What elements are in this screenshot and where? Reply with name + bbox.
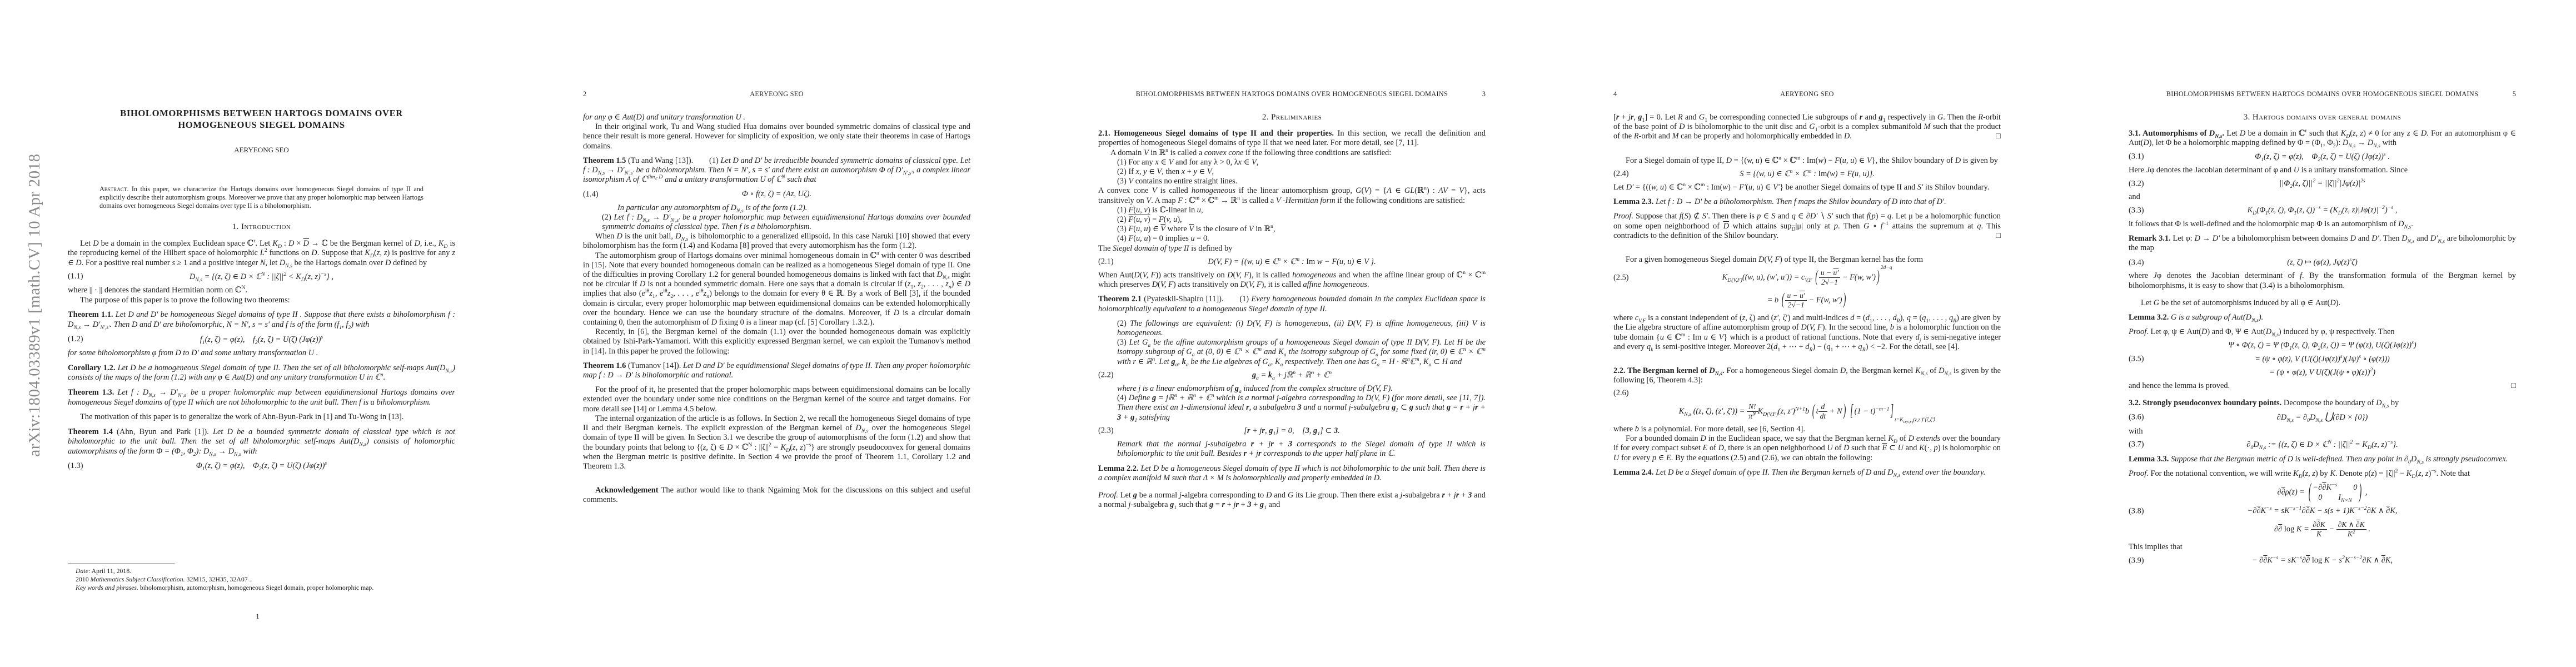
page-content: BIHOLOMORPHISMS BETWEEN HARTOGS DOMAINS … [1098, 0, 1486, 510]
section-heading: 3. Hartogs domains over general domains [2129, 113, 2516, 122]
page-3: BIHOLOMORPHISMS BETWEEN HARTOGS DOMAINS … [1030, 0, 1546, 667]
list-item: (4) F(u, u) = 0 implies u = 0. [1117, 234, 1486, 243]
equation-number: (2.2) [1098, 371, 1114, 380]
section-heading: 1. Introduction [68, 222, 455, 232]
equation-content: ga = ka + jℝn + ℝn + ℂn [1252, 371, 1332, 380]
paragraph: for some biholomorphism φ from D to D′ a… [68, 349, 455, 359]
equation: ∂∂ log K = ∂∂KK − ∂K ∧ ∂KK2 . [2129, 520, 2516, 539]
equation: KN,s ((z, ζ), (z′, ζ′)) = N!πNKD(V,F)(z,… [1613, 402, 2001, 421]
running-header-left [2129, 90, 2142, 98]
equation-content: KD(V,F)((w, u), (w′, u′)) = cV,F (u − u′… [1722, 268, 1892, 287]
equation-content: −∂∂K−s = sK−s−1∂∂K − s(s + 1)K−s−2∂K ∧ ∂… [2248, 506, 2398, 516]
running-header: BIHOLOMORPHISMS BETWEEN HARTOGS DOMAINS … [2129, 90, 2516, 98]
equation-number: (3.2) [2129, 179, 2144, 188]
running-header: 4AERYEONG SEO [1613, 90, 2001, 98]
running-header-left: 4 [1613, 90, 1627, 98]
equation: (3.5)= (ψ ∘ φ(z), V (U(ζ)(Jφ(z))s)(Jψ)s … [2129, 355, 2516, 364]
paragraph: When Aut(D(V, F)) acts transitively on D… [1098, 271, 1486, 290]
equation-number: (3.8) [2129, 506, 2144, 516]
running-header-left [1098, 90, 1112, 98]
theorem: Lemma 2.4. Let D be a Siegel domain of t… [1613, 468, 2001, 477]
paragraph: Here Jφ denotes the Jacobian determinant… [2129, 166, 2516, 175]
theorem: Theorem 1.5 (Tu and Wang [13]). (1) Let … [583, 156, 970, 185]
equation: (1.3)Φ1(z, ζ) = φ(z), Φ2(z, ζ) = U(ζ) (J… [68, 461, 455, 471]
running-header-page-number: 5 [2503, 90, 2516, 98]
theorem: Remark 3.1. Let φ: D → D′ be a biholomor… [2129, 234, 2516, 253]
paragraph: The Siegel domain of type II is defined … [1098, 244, 1486, 253]
equation-number: (3.4) [2129, 258, 2144, 267]
page-content: BIHOLOMORPHISMS BETWEEN HARTOGS DOMAINS … [68, 0, 455, 475]
footnote-line: Date: April 11, 2018. [68, 567, 455, 575]
equation-number: (1.4) [583, 190, 599, 199]
list-item: (2) The followings are equivalent: (i) D… [1117, 319, 1486, 338]
paragraph: When D is the unit ball, DN,s is biholom… [583, 232, 970, 251]
paper-title: BIHOLOMORPHISMS BETWEEN HARTOGS DOMAINS … [68, 107, 455, 131]
equation: ∂∂ρ(z) = (−∂∂K−s 00 IN×N) , [2129, 482, 2516, 502]
equation: (3.8)−∂∂K−s = sK−s−1∂∂K − s(s + 1)K−s−2∂… [2129, 506, 2516, 516]
equation-content: D(V, F) = {(w, u) ∈ ℂn × ℂm : Im w − F(u… [1208, 257, 1376, 267]
page-content: BIHOLOMORPHISMS BETWEEN HARTOGS DOMAINS … [2129, 0, 2516, 570]
paragraph: it follows that Φ is well-defined and th… [2129, 220, 2516, 229]
equation: (1.1)DN,s = {(z, ζ) ∈ D × ℂN : ||ζ||2 < … [68, 272, 455, 282]
list-item: (4) Define g = jℝn + ℝn + ℂn which is a … [1117, 394, 1486, 422]
running-header-page-number [957, 90, 970, 98]
running-header-title: BIHOLOMORPHISMS BETWEEN HARTOGS DOMAINS … [2142, 90, 2503, 98]
theorem: Lemma 3.3. Suppose that the Bergman metr… [2129, 455, 2516, 464]
theorem: Lemma 3.2. G is a subgroup of Aut(DN,s). [2129, 313, 2516, 322]
paragraph: Proof. Let φ, ψ ∈ Aut(D) and Φ, Ψ ∈ Aut(… [2129, 327, 2516, 337]
equation: (3.6)∂DN,s = ∂0DN,s ⋃(∂D × {0}) [2129, 412, 2516, 422]
paragraph: The automorphism group of Hartogs domain… [583, 251, 970, 328]
paragraph: and [2129, 192, 2516, 202]
theorem: Theorem 1.4 (Ahn, Byun and Park [1]). Le… [68, 427, 455, 457]
page-4: 4AERYEONG SEO[r + jr, g1] = 0. Let R and… [1546, 0, 2061, 667]
running-header-title: AERYEONG SEO [1627, 90, 1987, 98]
paragraph: [r + jr, g1] = 0. Let R and G1 be corres… [1613, 113, 2001, 142]
list-subitem: In particular any automorphism of DN,s i… [617, 203, 970, 213]
footnote-rule [68, 564, 175, 564]
equation-content: ∂∂ log K = ∂∂KK − ∂K ∧ ∂KK2 . [2274, 520, 2370, 539]
paragraph: for any φ ∈ Aut(D) and unitary transform… [583, 113, 970, 122]
equation-content: KD(Φ1(z, ζ), Φ1(z, ζ))−s = (KD(z, z)|Jφ(… [2248, 206, 2398, 215]
paragraph: Let G be the set of automorphisms induce… [2129, 298, 2516, 308]
paragraph: and hence the lemma is proved.□ [2129, 381, 2516, 391]
paragraph: A domain V in ℝn is called a convex cone… [1098, 148, 1486, 158]
paragraph: For a Siegel domain of type II, D = {(w,… [1613, 156, 2001, 166]
equation-number: (1.1) [68, 272, 83, 282]
paragraph: Proof. Suppose that f(S) ⊄ S′. Then ther… [1613, 212, 2001, 241]
equation: Ψ ∘ Φ(z, ζ) = Ψ (Φ1(z, ζ), Φ2(z, ζ)) = Ψ… [2129, 341, 2516, 350]
list-item: (2) F(u, v) = F(v, u), [1117, 215, 1486, 225]
equation: (2.3)[r + jr, g1] = 0, [3, g1] ⊂ 3. [1098, 426, 1486, 436]
equation-number: (3.9) [2129, 556, 2144, 565]
theorem: Lemma 2.2. Let D be a homogeneous Siegel… [1098, 464, 1486, 483]
paragraph: 2.2. The Bergman kernel of DN,s. For a h… [1613, 366, 2001, 385]
paragraph: Proof. For the notational convention, we… [2129, 469, 2516, 479]
equation-number: (3.6) [2129, 412, 2144, 422]
equation-number: (1.3) [68, 461, 83, 471]
running-header-page-number: 3 [1472, 90, 1486, 98]
equation-content: Φ ∘ f(z, ζ) = (Az, Uζ). [742, 190, 811, 199]
equation: (1.2)f1(z, ζ) = φ(z), f2(z, ζ) = U(ζ) (J… [68, 335, 455, 345]
theorem: Theorem 1.6 (Tumanov [14]). Let D and D′… [583, 361, 970, 380]
equation-content: (z, ζ) ↦ (φ(z), Jφ(z)sζ) [2287, 258, 2358, 267]
list-item: (3) Let Ga be the affine automorphism gr… [1117, 338, 1486, 367]
page-number: 1 [0, 613, 515, 621]
paragraph: A convex cone V is called homogeneous if… [1098, 186, 1486, 205]
theorem: Lemma 2.3. Let f : D → D′ be a biholomor… [1613, 197, 2001, 207]
equation-number: (2.1) [1098, 257, 1114, 267]
list-item: (2) If x, y ∈ V, then x + y ∈ V, [1117, 167, 1486, 177]
theorem: Theorem 2.1 (Pyateskii-Shapiro [11]). (1… [1098, 295, 1486, 313]
equation-number: (3.1) [2129, 152, 2144, 162]
paragraph: For a bounded domain D in the Euclidean … [1613, 434, 2001, 463]
equation: (3.9)− ∂∂K−s = sK−s∂∂ log K − s2K−s−2∂K … [2129, 556, 2516, 565]
paragraph: The internal organization of the article… [583, 414, 970, 471]
theorem: Corollary 1.2. Let D be a homogeneous Si… [68, 364, 455, 383]
page-content: 2AERYEONG SEOfor any φ ∈ Aut(D) and unit… [583, 0, 970, 505]
equation: = b (u − u′2√−1 − F(w, w′)) [1613, 291, 2001, 310]
equation-content: S = {(w, u) ∈ ℂn × ℂm : Im(w) = F(u, u)}… [1740, 170, 1875, 179]
running-header: 2AERYEONG SEO [583, 90, 970, 98]
paragraph: The purpose of this paper is to prove th… [68, 296, 455, 306]
equation-content: Ψ ∘ Φ(z, ζ) = Ψ (Φ1(z, ζ), Φ2(z, ζ)) = Ψ… [2228, 341, 2416, 350]
equation-number: (3.5) [2129, 355, 2144, 364]
paragraph: where || · || denotes the standard Hermi… [68, 286, 455, 296]
equation-content: Φ1(z, ζ) = φ(z), Φ2(z, ζ) = U(ζ) (Jφ(z))… [2255, 152, 2390, 162]
running-header-page-number [1987, 90, 2001, 98]
equation-label: (2.6) [1613, 389, 2001, 398]
equation-content: ||Φ2(z, ζ)||2 = ||ζ||2|Jφ(z)|2s [2279, 179, 2365, 188]
paragraph: This implies that [2129, 542, 2516, 552]
list-continuation: Remark that the normal j-subalgebra r + … [1117, 440, 1486, 459]
equation-number: (1.2) [68, 335, 83, 345]
equation: (3.4)(z, ζ) ↦ (φ(z), Jφ(z)sζ) [2129, 258, 2516, 267]
paragraph: Let D′ = {((w, u) ∈ ℂn × ℂm : Im(w) − F′… [1613, 183, 2001, 192]
paragraph: For the proof of it, he presented that t… [583, 385, 970, 414]
theorem: Theorem 1.3. Let f : DN,s → D′N′,s′ be a… [68, 388, 455, 407]
paragraph: For a given homogeneous Siegel domain D(… [1613, 255, 2001, 265]
theorem: Theorem 1.1. Let D and D′ be homogeneous… [68, 310, 455, 330]
paragraph: Let D be a domain in the complex Euclide… [68, 239, 455, 268]
equation-content: ∂DN,s = ∂0DN,s ⋃(∂D × {0}) [2277, 412, 2368, 422]
equation: (3.2)||Φ2(z, ζ)||2 = ||ζ||2|Jφ(z)|2s [2129, 179, 2516, 188]
paragraph: Recently, in [6], the Bergman kernel of … [583, 327, 970, 356]
equation-content: DN,s = {(z, ζ) ∈ D × ℂN : ||ζ||2 < KD(z,… [190, 272, 333, 282]
equation-content: f1(z, ζ) = φ(z), f2(z, ζ) = U(ζ) (Jφ(z))… [200, 335, 323, 345]
running-header: BIHOLOMORPHISMS BETWEEN HARTOGS DOMAINS … [1098, 90, 1486, 98]
paragraph: In their original work, Tu and Wang stud… [583, 122, 970, 151]
footnote-line: Key words and phrases. biholomorphism, a… [68, 584, 455, 592]
abstract: Abstract. In this paper, we characterize… [99, 185, 423, 211]
paragraph: where cV,F is a constant independent of … [1613, 313, 2001, 352]
equation-content: = b (u − u′2√−1 − F(w, w′)) [1767, 291, 1847, 310]
equation: (2.4)S = {(w, u) ∈ ℂn × ℂm : Im(w) = F(u… [1613, 170, 2001, 179]
section-heading: 2. Preliminaries [1098, 113, 1486, 122]
paragraph: where Jφ denotes the Jacobian determinan… [2129, 271, 2516, 290]
page-2: 2AERYEONG SEOfor any φ ∈ Aut(D) and unit… [515, 0, 1030, 667]
list-item: (3) F(u, u) ∈ V where V is the closure o… [1117, 225, 1486, 234]
equation-number: (3.3) [2129, 206, 2144, 215]
page-content: 4AERYEONG SEO[r + jr, g1] = 0. Let R and… [1613, 0, 2001, 482]
equation-content: KN,s ((z, ζ), (z′, ζ′)) = N!πNKD(V,F)(z,… [1679, 402, 1936, 421]
equation-number: (2.3) [1098, 426, 1114, 436]
equation-content: Φ1(z, ζ) = φ(z), Φ2(z, ζ) = U(ζ) (Jφ(z))… [196, 461, 327, 471]
equation-content: − ∂∂K−s = sK−s∂∂ log K − s2K−s−2∂K ∧ ∂K, [2252, 556, 2393, 565]
equation-number: (2.4) [1613, 170, 1629, 179]
list-item: (1) For any x ∈ V and for any λ > 0, λx … [1117, 158, 1486, 167]
list-item: (1) F(u, v) is ℂ-linear in u, [1117, 206, 1486, 215]
equation-content: ∂∂ρ(z) = (−∂∂K−s 00 IN×N) , [2277, 482, 2367, 502]
equation: (1.4)Φ ∘ f(z, ζ) = (Az, Uζ). [583, 190, 970, 199]
author-name: AERYEONG SEO [68, 145, 455, 155]
list-item: (3) V contains no entire straight lines. [1117, 177, 1486, 186]
page-5: BIHOLOMORPHISMS BETWEEN HARTOGS DOMAINS … [2061, 0, 2576, 667]
equation-content: [r + jr, g1] = 0, [3, g1] ⊂ 3. [1244, 426, 1340, 436]
equation: (2.2)ga = ka + jℝn + ℝn + ℂn [1098, 371, 1486, 380]
equation-content: = (ψ ∘ φ(z), V U(ζ)(J(ψ ∘ φ)(z))2) [2269, 368, 2375, 377]
running-header-title: AERYEONG SEO [596, 90, 957, 98]
arxiv-stamp: arXiv:1804.03389v1 [math.CV] 10 Apr 2018 [26, 141, 44, 469]
equation-number: (3.7) [2129, 440, 2144, 450]
paragraph: where b is a polynomial. For more detail… [1613, 425, 2001, 434]
equation-content: = (ψ ∘ φ(z), V (U(ζ)(Jφ(z))s)(Jψ)s ∘ (φ(… [2255, 355, 2390, 364]
paper-container: arXiv:1804.03389v1 [math.CV] 10 Apr 2018… [0, 0, 2576, 667]
equation: (3.7)∂0DN,s := {(z, ζ) ∈ D × ℂN : ||ζ||2… [2129, 440, 2516, 450]
footnote-line: 2010 Mathematics Subject Classification.… [68, 575, 455, 584]
equation: (3.1)Φ1(z, ζ) = φ(z), Φ2(z, ζ) = U(ζ) (J… [2129, 152, 2516, 162]
equation: (2.1)D(V, F) = {(w, u) ∈ ℂn × ℂm : Im w … [1098, 257, 1486, 267]
paragraph: 3.2. Strongly pseudoconvex boundary poin… [2129, 399, 2516, 408]
paragraph: Proof. Let g be a normal j-algebra corre… [1098, 491, 1486, 510]
equation-number: (2.5) [1613, 273, 1629, 282]
paragraph: The motivation of this paper is to gener… [68, 412, 455, 422]
running-header-title: BIHOLOMORPHISMS BETWEEN HARTOGS DOMAINS … [1112, 90, 1472, 98]
equation: (3.3)KD(Φ1(z, ζ), Φ1(z, ζ))−s = (KD(z, z… [2129, 206, 2516, 215]
footnote-block: Date: April 11, 2018.2010 Mathematics Su… [68, 564, 455, 591]
equation: (2.5)KD(V,F)((w, u), (w′, u′)) = cV,F (u… [1613, 268, 2001, 287]
page-1: arXiv:1804.03389v1 [math.CV] 10 Apr 2018… [0, 0, 515, 667]
list-continuation: where j is a linear endomorphism of ga i… [1117, 384, 1486, 394]
paragraph: Acknowledgement The author would like to… [583, 486, 970, 505]
paragraph: with [2129, 427, 2516, 436]
equation-content: ∂0DN,s := {(z, ζ) ∈ D × ℂN : ||ζ||2 = KD… [2246, 440, 2398, 450]
paragraph: 2.1. Homogeneous Siegel domains of type … [1098, 129, 1486, 148]
running-header-left: 2 [583, 90, 596, 98]
equation: = (ψ ∘ φ(z), V U(ζ)(J(ψ ∘ φ)(z))2) [2129, 368, 2516, 377]
list-item: (2) Let f : DN,s → D′N′,s′ be a proper h… [602, 213, 970, 232]
paragraph: 3.1. Automorphisms of DN,s. Let D be a d… [2129, 129, 2516, 148]
